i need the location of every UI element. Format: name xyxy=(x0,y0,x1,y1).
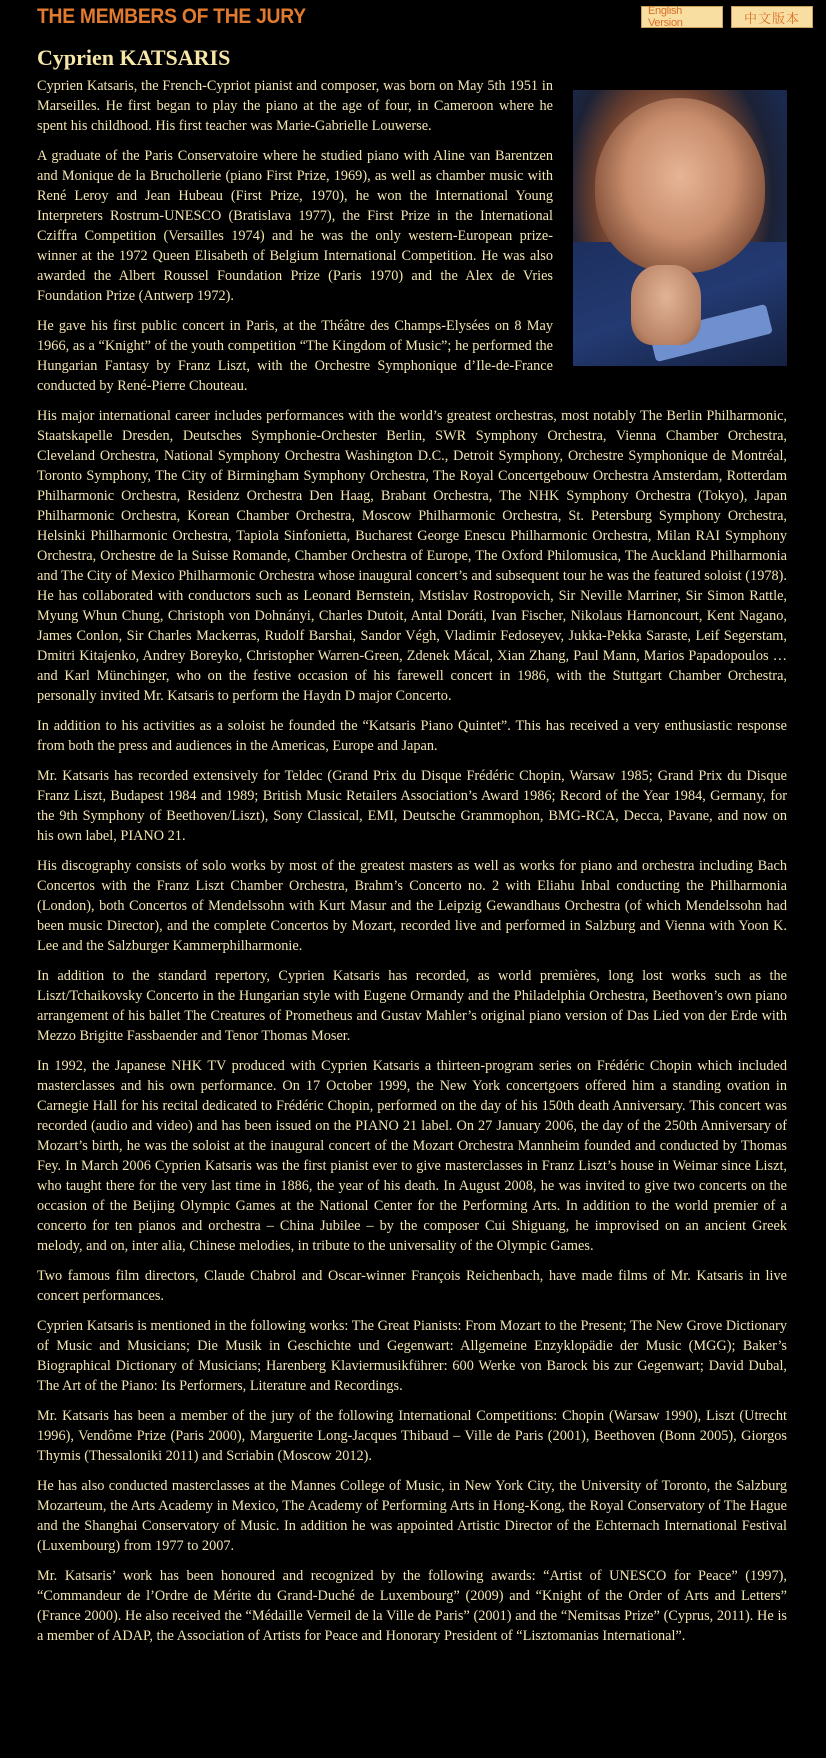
chinese-version-button[interactable]: 中文版本 xyxy=(731,6,813,28)
language-switcher: English Version 中文版本 xyxy=(641,6,813,28)
bio-paragraph-chopin-series: In 1992, the Japanese NHK TV produced wi… xyxy=(37,1056,787,1256)
page-title: THE MEMBERS OF THE JURY xyxy=(37,5,306,29)
header-bar: THE MEMBERS OF THE JURY English Version … xyxy=(0,0,826,44)
bio-paragraph-quintet: In addition to his activities as a soloi… xyxy=(37,716,787,756)
bio-paragraph-recordings: Mr. Katsaris has recorded extensively fo… xyxy=(37,766,787,846)
photo-face-shape xyxy=(595,98,765,273)
bio-paragraph-masterclasses: He has also conducted masterclasses at t… xyxy=(37,1476,787,1556)
person-name: Cyprien KATSARIS xyxy=(0,44,826,76)
bio-paragraph-premieres: In addition to the standard repertory, C… xyxy=(37,966,787,1046)
photo-hand-shape xyxy=(631,265,701,345)
jury-member-page: THE MEMBERS OF THE JURY English Version … xyxy=(0,0,826,1646)
bio-paragraph-jury: Mr. Katsaris has been a member of the ju… xyxy=(37,1406,787,1466)
bio-content: Cyprien Katsaris, the French-Cypriot pia… xyxy=(0,76,826,1646)
bio-paragraph-career: His major international career includes … xyxy=(37,406,787,706)
bio-paragraph-mentions: Cyprien Katsaris is mentioned in the fol… xyxy=(37,1316,787,1396)
english-version-button[interactable]: English Version xyxy=(641,6,723,28)
bio-paragraph-films: Two famous film directors, Claude Chabro… xyxy=(37,1266,787,1306)
bio-paragraph-discography: His discography consists of solo works b… xyxy=(37,856,787,956)
bio-paragraph-awards: Mr. Katsaris’ work has been honoured and… xyxy=(37,1566,787,1646)
portrait-photo xyxy=(573,90,787,366)
